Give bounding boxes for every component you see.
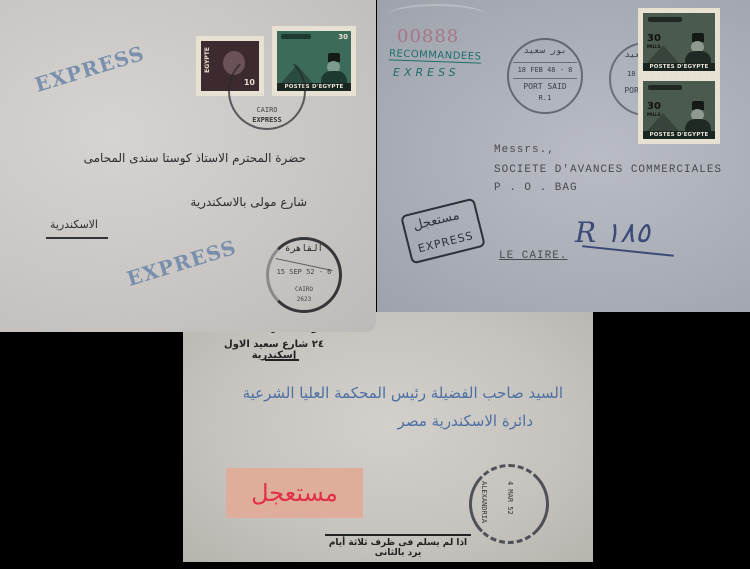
arabic-header-icon: [648, 17, 682, 22]
address-line: SOCIETE D'AVANCES COMMERCIALES: [494, 164, 722, 176]
postmark-port-said: بور سعيد 18 FEB 48 - 8 PORT SAID R.1: [507, 38, 583, 114]
sender-underline: [265, 359, 299, 361]
stamp-value: 30: [647, 33, 661, 44]
arabic-header-icon: [648, 85, 682, 90]
express-box-stamp: مستعجل EXPRESS: [400, 198, 486, 265]
handwritten-express: EXRESS: [393, 66, 460, 79]
address-line: حضرة المحترم الاستاذ كوستا سندى المحامى: [84, 151, 306, 165]
underline: [46, 237, 108, 239]
return-notice: اذا لم يسلم فى ظرف ثلاثة أيام يرد بالثان…: [323, 538, 473, 558]
address-city: LE CAIRE.: [499, 250, 567, 262]
postmark-top: CAIRO EXPRESS: [228, 52, 306, 130]
express-mark: EXPRESS: [124, 235, 239, 291]
address-line: P . O . BAG: [494, 182, 578, 194]
stamp-country: EGYPTE: [204, 47, 211, 73]
portrait-icon: [685, 101, 711, 131]
envelope-bottom: والاستشارات العامة ٢٤ شارع سعيد الاول إس…: [183, 312, 593, 562]
address-city: الاسكندرية: [50, 218, 98, 231]
postmark-alexandria: ALEXANDRIA 4 MAR 52: [469, 464, 549, 544]
handwritten-note: R ١٨٥: [575, 216, 650, 249]
address-line: السيد صاحب الفضيلة رئيس المحكمة العليا ا…: [243, 384, 563, 402]
stamp-value: 30: [647, 101, 661, 112]
address-line: شارع مولى بالاسكندرية: [190, 195, 307, 209]
stamp-green-top: 30MILLS POSTES D'EGYPTE: [638, 8, 720, 76]
address-line: Messrs.,: [494, 144, 555, 156]
portrait-icon: [685, 33, 711, 63]
stamp-value: 30: [338, 33, 348, 41]
stamp-green-bottom: 30MILLS POSTES D'EGYPTE: [638, 76, 720, 144]
sender-line: ٢٤ شارع سعيد الاول إسكندرية: [207, 339, 341, 361]
airmail-wing-icon: [387, 4, 487, 28]
postmark-cairo: القاهرة 15 SEP 52 - 6 CAIRO 2623: [266, 237, 342, 313]
notice-rule: [325, 534, 471, 536]
stamp-caption: POSTES D'EGYPTE: [643, 63, 715, 71]
envelope-right: 00888 RECOMMANDEES EXRESS بور سعيد 18 FE…: [377, 0, 750, 312]
arabic-header-icon: [281, 34, 311, 39]
portrait-icon: [321, 53, 347, 83]
stamp-caption: POSTES D'EGYPTE: [643, 131, 715, 139]
handwritten-registered: RECOMMANDEES: [389, 48, 482, 63]
express-mark: EXPRESS: [32, 41, 147, 97]
urgent-label-text: مستعجل: [251, 479, 338, 507]
urgent-label: مستعجل: [226, 468, 363, 518]
address-line: دائرة الاسكندرية مصر: [398, 412, 533, 430]
meter-number: 00888: [397, 26, 459, 47]
envelope-left: EGYPTE 10 30 POSTES D'EGYPTE CAIRO EXPRE…: [0, 0, 376, 332]
